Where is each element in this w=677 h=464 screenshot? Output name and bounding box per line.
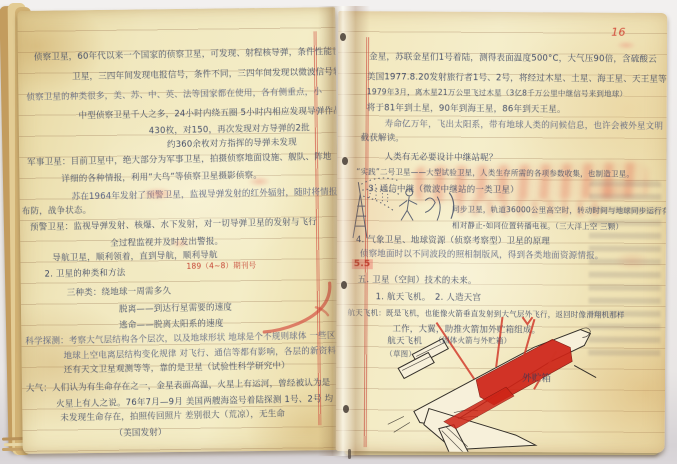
handwriting-line: 同步卫星，轨道36000公里高空时，转动时间与地球同步运行有 [452,204,667,217]
handwriting-line: 脱离——到达行星需要的速度 [119,301,232,315]
handwriting-line: 布防，战争状态。 [22,204,92,217]
handwriting-line: 1979年3月，离木星21万公里飞过木星（3亿8千万公里中继信号来到地球） [367,86,627,99]
binding-hole [340,33,346,41]
handwriting-line: 2. 卫星的种类和方法 [44,266,125,280]
handwriting-line: 430枚，对150，再次发现对方导弹的2批 [149,121,310,136]
handwriting-line: 未发现生命存在，拍照传回照片 差别很大（荒凉），无生命 [60,407,285,423]
handwriting-line: 全过程监视并及时发出警报。 [110,235,223,249]
handwriting-line: （美国发射） [114,426,166,439]
binding-hole [341,281,347,289]
handwriting-line: 大气：人们认为有生命存在之一，金星表面高温，火星上有运河，曾经被认为是 [26,376,331,394]
handwriting-line: 将于81年到土星，90年到海王星，86年到天王星。 [367,101,566,115]
red-arc-mark [246,279,339,342]
handwriting-line: 火星上有人之说。76年7月—9月 美国两艘海盗号着陆探测 1号、2号 均 [56,392,333,409]
handwriting-line: 详细的各种情报，利用“大鸟”等侦察卫星摄影侦察。 [61,169,262,185]
broadcast-tower-doodle [345,166,465,245]
handwriting-line: 地球上空电离层结构变化规律 对飞行、通信等都有影响，各层的新资料 [63,344,336,361]
binding-hole [342,157,348,165]
handwriting-line: 侦察卫星，60年代以来一个国家的侦察卫星，可发现、射程核导弹，条件性能世界最先进 [34,44,341,63]
handwriting-line: 寿命亿万年，飞出太阳系，带有地球人类的问候信息，也许会被外星文明 [385,117,664,131]
page-number: 16 [611,26,626,39]
handwriting-line: 金星，苏联金星们1号着陆，测得表面温度500°C，大气压90倍，含硫酸云 [369,50,657,65]
handwriting-line: 1. 航天飞机。 2. 人造天宫 [376,290,482,303]
handwriting-line: 卫星，三四年间发现电报信号，条件不同，三四年间发现以微波信号转发。 [72,65,341,83]
red-date-mark: 5.5 [352,259,373,269]
handwriting-line: 还有天文卫星观测等等，靠的是卫星（试验性科学研究中） [64,359,290,375]
handwriting-line: 人类有无必要设计中继站呢？ [384,150,497,163]
red-annotation: 189（4~8）期刊号 [186,260,256,272]
handwriting-line: 侦察卫星的种类很多，美、苏、中、英、法等国家都在使用，各有侧重点，小 [26,85,322,103]
external-tank-label: 外贮箱 [522,370,551,384]
ink-smudge [616,41,636,50]
handwriting-line: 美国1977.8.20发射旅行者1号、2号，将经过木星、土星、海王星、天王星等行… [367,70,667,85]
shuttle-sketch-label: （草图） [385,348,416,359]
shuttle-label: 航天飞机 [387,334,422,346]
booster-label: （固体火箭与外贮箱） [434,335,511,347]
handwriting-line: 三种类：绕地球一周需多久 [67,284,172,298]
handwriting-line: 苏在1964年发射了预警卫星，监视导弹发射的红外辐射，随时将情报知 [71,185,340,202]
binding-hole [343,405,349,413]
binding-mark [348,449,351,459]
right-page: 16 金星，苏联金星们1号着陆，测得表面温度500°C，大气压90倍，含硫酸云 … [336,11,668,453]
handwriting-line: 军事卫星：目前卫星中，绝大部分为军事卫星，拍摄侦察地面设施、舰队、阵地 [27,150,332,168]
notebook-photo: 侦察卫星，60年代以来一个国家的侦察卫星，可发现、射程核导弹，条件性能世界最先进… [0,0,677,464]
left-page: 侦察卫星，60年代以来一个国家的侦察卫星，可发现、射程核导弹，条件性能世界最先进… [17,7,340,454]
handwriting-line: 约360余枚对方指挥的导弹未发现 [167,136,297,150]
handwriting-line: 侦察地面时以不同波段的照相制版风，得到各类地面资源情报。 [360,247,604,261]
handwriting-line: 逃命——脱离太阳系的速度 [119,317,224,331]
handwriting-line: 相对静止-如同位置转播电视。（三大洋上空 三颗） [452,220,623,232]
handwriting-line: 五. 卫星（空间）技术的未来。 [358,273,477,286]
handwriting-line: 预警卫星：监视导弹发射、核爆、水下发射，对一切导弹卫星的发射与飞行 [30,215,317,233]
handwriting-line: 截获解读。 [361,131,405,143]
handwriting-line: 中型侦察卫星千人之多，24小时内绕五圈 5小时内相应发现导弹作战效能 [78,104,340,121]
